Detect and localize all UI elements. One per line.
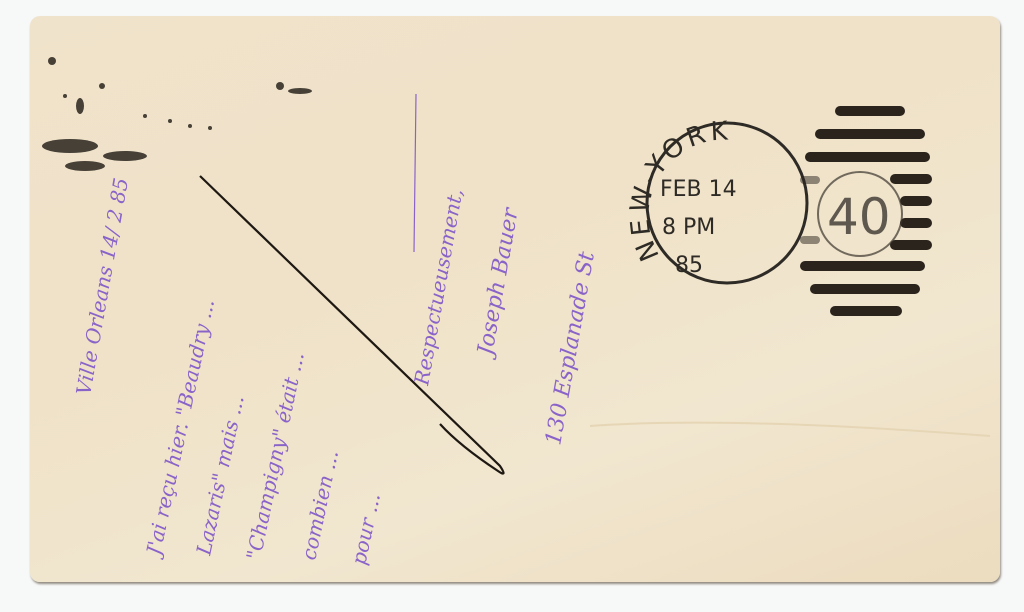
handwriting-line: "Champigny" était ... [241, 350, 308, 562]
handwriting-line: pour ... [346, 491, 385, 567]
ink-smudges [42, 57, 312, 171]
handwriting-line: Ville Orleans 14/ 2 85 [71, 176, 133, 397]
paper-crease [590, 423, 990, 436]
postmark-time: 8 PM [662, 215, 715, 240]
underline-rule [414, 94, 416, 252]
cancel-obliterator: 40 [800, 106, 932, 316]
postmark-year: 85 [675, 253, 703, 278]
handwriting-line: combien ... [296, 448, 343, 562]
postmark-date: FEB 14 [660, 177, 737, 202]
handwritten-message: Ville Orleans 14/ 2 85 J'ai reçu hier. "… [71, 94, 600, 567]
postcard: Ville Orleans 14/ 2 85 J'ai reçu hier. "… [30, 16, 1000, 582]
handwriting-line: Lazaris" mais ... [191, 393, 248, 558]
postcard-surface: Ville Orleans 14/ 2 85 J'ai reçu hier. "… [30, 16, 1000, 582]
handwriting-line: Respectueusement, [409, 187, 467, 388]
postmark: NEW-YORK FEB 14 8 PM 85 [625, 116, 807, 283]
cancel-number: 40 [827, 188, 891, 246]
handwriting-line: 130 Esplanade St [541, 250, 600, 447]
handwriting-line: Joseph Bauer [473, 205, 524, 361]
